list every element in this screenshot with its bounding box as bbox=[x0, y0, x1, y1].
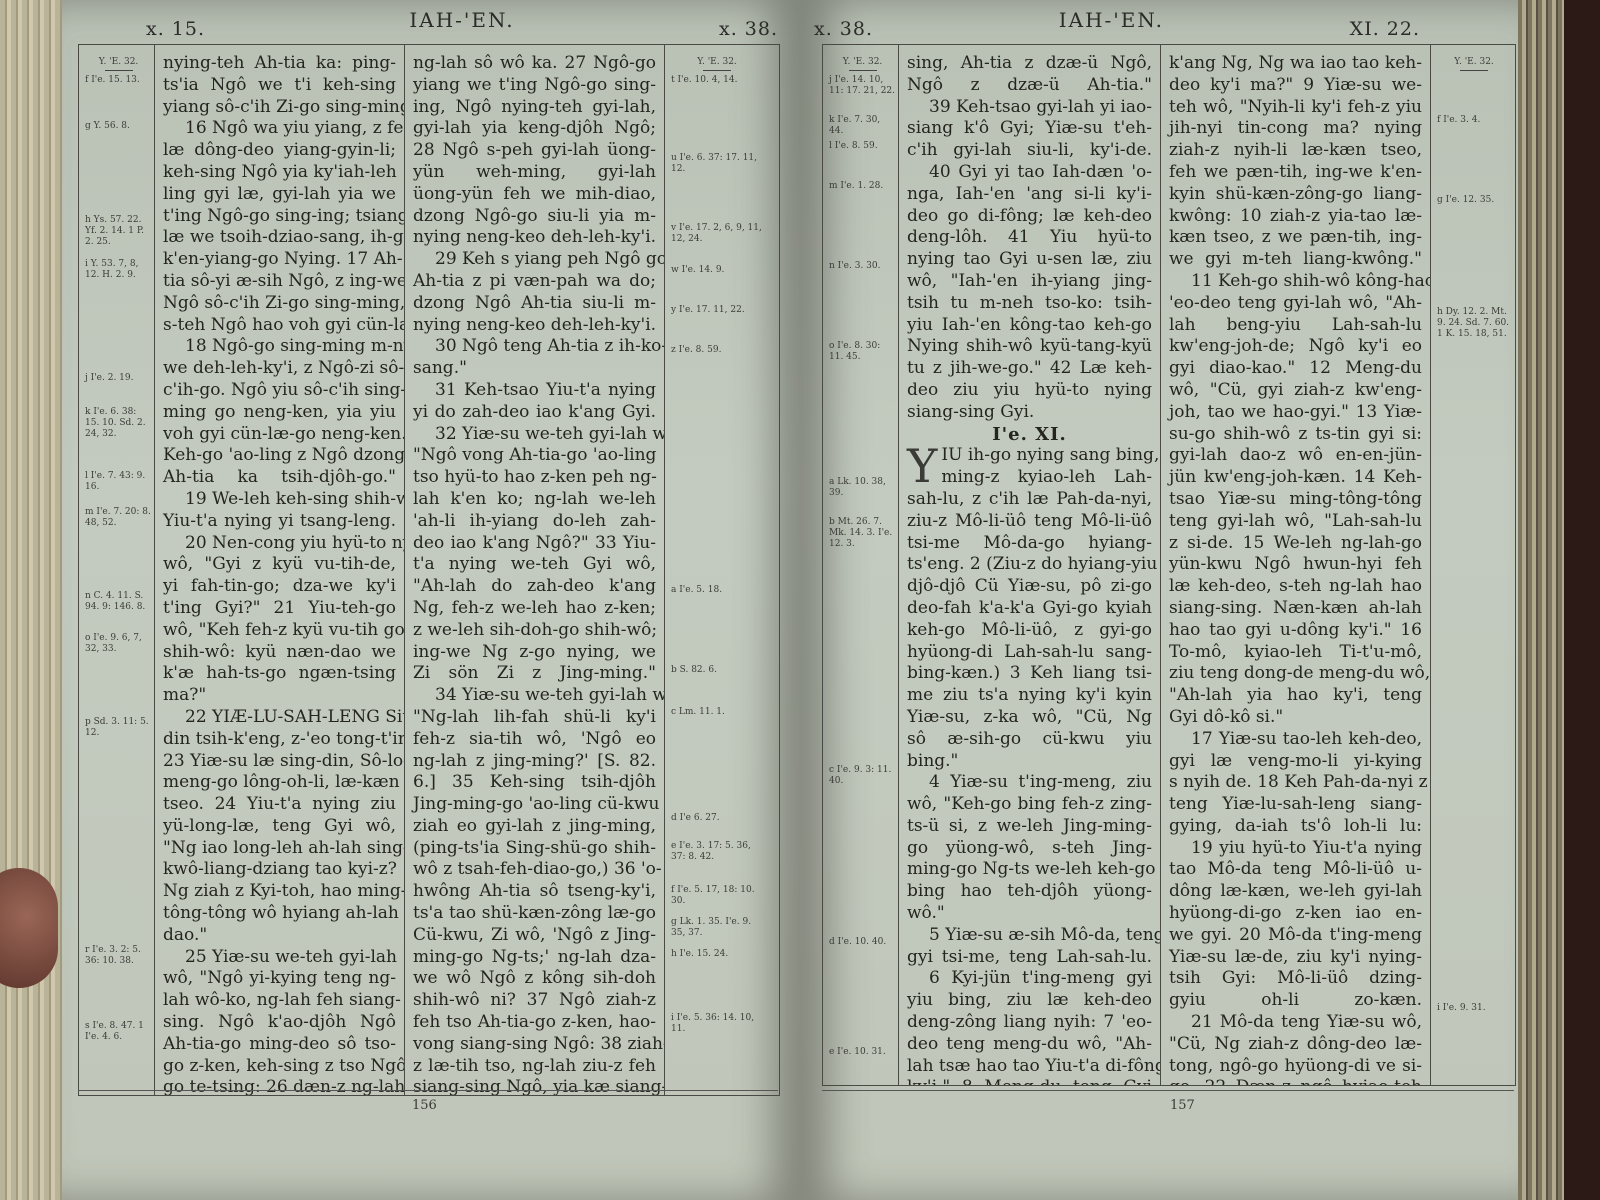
text-line: 6.] 35 Keh-sing tsih-djôh bbox=[413, 772, 656, 794]
text-line: sing. Ngô k'ao-djôh Ngô bbox=[163, 1012, 396, 1034]
text-line: Ng ziah z Kyi-toh, hao ming- bbox=[163, 881, 396, 903]
text-line: 40 Gyi yi tao Iah-dæn 'o- bbox=[907, 162, 1152, 184]
text-line: ziah eo gyi-lah z jing-ming, bbox=[413, 816, 656, 838]
text-line: lah wô-ko, ng-lah feh siang- bbox=[163, 990, 396, 1012]
text-line: siang-sing Gyi. bbox=[907, 402, 1152, 424]
cross-reference: Y. 'E. 32. bbox=[1437, 57, 1511, 71]
right-running-head: x. 38. IAH-'EN. XI. 22. bbox=[814, 6, 1420, 40]
text-line: ts'eng. 2 (Ziu-z do hyiang-yiu bbox=[907, 554, 1152, 576]
text-line: læ keh-deo, s-teh ng-lah hao bbox=[1169, 576, 1422, 598]
text-line: ky'i." 8 Meng-du teng Gyi bbox=[907, 1077, 1152, 1085]
right-bottom-rule bbox=[822, 1090, 1514, 1091]
text-line: dzong Ngô-go siu-li yia m- bbox=[413, 206, 656, 228]
text-line: Ah-tia-go ming-deo sô tso- bbox=[163, 1034, 396, 1056]
text-line: t'ing Gyi?" 21 Yiu-teh-go bbox=[163, 598, 396, 620]
text-line: ng-lah sô wô ka. 27 Ngô-go bbox=[413, 53, 656, 75]
text-line: k'æ hah-ts-go ngæn-tsing bbox=[163, 663, 396, 685]
cross-reference: h Dy. 12. 2. Mt. 9. 24. Sd. 7. 60. 1 K. … bbox=[1437, 307, 1511, 340]
text-line: din tsih-k'eng, z-'eo tong-t'in, bbox=[163, 729, 396, 751]
text-line: 28 Ngô s-peh gyi-lah üong- bbox=[413, 140, 656, 162]
text-line: yi fah-tin-go; dza-we ky'i bbox=[163, 576, 396, 598]
text-line: Ngô z dzæ-ü Ah-tia." bbox=[907, 75, 1152, 97]
cross-reference: l I'e. 7. 43: 9. 16. bbox=[85, 471, 152, 493]
text-line: gyiu oh-li zo-kæn. bbox=[1169, 990, 1422, 1012]
right-page-number: 157 bbox=[1170, 1098, 1195, 1113]
text-line: feh-z sia-tih wô, 'Ngô eo bbox=[413, 729, 656, 751]
text-line: ming-go Ng-ts;' ng-lah dza- bbox=[413, 947, 656, 969]
text-line: yü-long-læ, teng Gyi wô, bbox=[163, 816, 396, 838]
text-line: we gyi. 20 Mô-da t'ing-meng bbox=[1169, 925, 1422, 947]
cross-reference: Y. 'E. 32. bbox=[85, 57, 152, 71]
cross-reference: Y. 'E. 32. bbox=[671, 57, 763, 71]
text-line: 22 YIÆ-LU-SAH-LENG Siu- bbox=[163, 707, 396, 729]
text-line: 19 We-leh keh-sing shih-wô bbox=[163, 489, 396, 511]
cross-reference: e I'e. 10. 31. bbox=[829, 1047, 896, 1058]
text-line: bing hao teh-djôh yüong- bbox=[907, 881, 1152, 903]
text-line: k'ang Ng, Ng wa iao tao keh- bbox=[1169, 53, 1422, 75]
text-line: 23 Yiæ-su læ sing-din, Sô-lo- bbox=[163, 751, 396, 773]
drop-cap: Y bbox=[907, 445, 941, 487]
text-line: shih-wô: kyü næn-dao we bbox=[163, 642, 396, 664]
left-page-number: 156 bbox=[412, 1098, 437, 1113]
cross-reference: s I'e. 8. 47. 1 I'e. 4. 6. bbox=[85, 1021, 152, 1043]
text-line: wô, "Gyi z kyü vu-tih-de, bbox=[163, 554, 396, 576]
text-line: üong-yün feh we mih-diao, bbox=[413, 184, 656, 206]
text-line: me ziu ts'a nying ky'i kyin bbox=[907, 685, 1152, 707]
cross-reference: i I'e. 5. 36: 14. 10, 11. bbox=[671, 1013, 763, 1035]
text-line: "Ah-lah yia hao ky'i, teng bbox=[1169, 685, 1422, 707]
text-line: z we-leh sih-doh-go shih-wô; bbox=[413, 620, 656, 642]
cross-reference: o I'e. 8. 30: 11. 45. bbox=[829, 341, 896, 363]
cross-reference: v I'e. 17. 2, 6, 9, 11, 12, 24. bbox=[671, 223, 763, 245]
text-line: su-go shih-wô z ts-tin gyi si: bbox=[1169, 424, 1422, 446]
text-line: To-mô, kyiao-leh Ti-t'u-mô, bbox=[1169, 642, 1422, 664]
text-line: Yiu-t'a nying yi tsang-leng. bbox=[163, 511, 396, 533]
text-line: sô æ-sih-go cü-kwu yiu bbox=[907, 729, 1152, 751]
cross-reference: g Y. 56. 8. bbox=[85, 121, 152, 132]
text-line: 17 Yiæ-su tao-leh keh-deo, bbox=[1169, 729, 1422, 751]
text-line: kwông: 10 ziah-z yia-tao læ- bbox=[1169, 206, 1422, 228]
left-book-title: IAH-'EN. bbox=[409, 8, 514, 32]
text-line: joh, tao we hao-gyi." 13 Yiæ- bbox=[1169, 402, 1422, 424]
cross-reference: g I'e. 12. 35. bbox=[1437, 195, 1511, 206]
text-line: 29 Keh s yiang peh Ngô go bbox=[413, 249, 656, 271]
text-line: Cü-kwu, Zi wô, 'Ngô z Jing- bbox=[413, 925, 656, 947]
cross-reference: t I'e. 10. 4, 14. bbox=[671, 75, 763, 86]
text-line: Zi sön Zi z Jing-ming." bbox=[413, 663, 656, 685]
text-line: teng gyi-lah wô, "Lah-sah-lu bbox=[1169, 511, 1422, 533]
text-line: ing-we Ng z-go nying, we bbox=[413, 642, 656, 664]
text-line: tsih tu m-neh tso-ko: tsih- bbox=[907, 293, 1152, 315]
text-line: teh wô, "Nyih-li ky'i feh-z yiu bbox=[1169, 97, 1422, 119]
text-line: ling gyi læ, gyi-lah yia we bbox=[163, 184, 396, 206]
text-line: gyi tsi-me, teng Lah-sah-lu. bbox=[907, 947, 1152, 969]
cross-reference: n I'e. 3. 30. bbox=[829, 261, 896, 272]
cross-reference: b S. 82. 6. bbox=[671, 665, 763, 676]
text-line: 32 Yiæ-su we-teh gyi-lah wô, bbox=[413, 424, 656, 446]
text-line: hwông Ah-tia sô tseng-ky'i, bbox=[413, 881, 656, 903]
cross-reference: o I'e. 9. 6, 7, 32, 33. bbox=[85, 633, 152, 655]
cross-reference: Y. 'E. 32. bbox=[829, 57, 896, 71]
text-line: lah k'en ko; ng-lah we-leh bbox=[413, 489, 656, 511]
text-line: siang-sing. Næn-kæn ah-lah bbox=[1169, 598, 1422, 620]
text-line: deng-zông liang nyih: 7 'eo- bbox=[907, 1012, 1152, 1034]
text-line: djô-djô Cü Yiæ-su, pô zi-go bbox=[907, 576, 1152, 598]
text-line: 16 Ngô wa yiu yiang, z feh bbox=[163, 118, 396, 140]
text-line: 18 Ngô-go sing-ming m-nying bbox=[163, 336, 396, 358]
text-line: kw'eng-joh-de; Ngô ky'i eo bbox=[1169, 336, 1422, 358]
text-line: tsih Gyi: Mô-li-üô dzing- bbox=[1169, 968, 1422, 990]
cross-reference: u I'e. 6. 37: 17. 11, 12. bbox=[671, 153, 763, 175]
text-line: ng-lah z jing-ming?' [S. 82. bbox=[413, 751, 656, 773]
left-column-2: ng-lah sô wô ka. 27 Ngô-goyiang we t'ing… bbox=[405, 45, 665, 1095]
left-cross-references: Y. 'E. 32.f I'e. 15. 13.g Y. 56. 8.h Ys.… bbox=[79, 45, 155, 1095]
text-line: 'eo-deo teng gyi-lah wô, "Ah- bbox=[1169, 293, 1422, 315]
text-line: yiang sô-c'ih Zi-go sing-ming. bbox=[163, 97, 396, 119]
cross-reference: n C. 4. 11. S. 94. 9: 146. 8. bbox=[85, 591, 152, 613]
text-line: feh we pæn-tih, ing-we k'en- bbox=[1169, 162, 1422, 184]
text-line: tia sô-yi æ-sih Ngô, z ing-we bbox=[163, 271, 396, 293]
text-line: "Ah-lah do zah-deo k'ang bbox=[413, 576, 656, 598]
cross-reference: i Y. 53. 7, 8, 12. H. 2. 9. bbox=[85, 259, 152, 281]
right-book-title: IAH-'EN. bbox=[1059, 8, 1164, 32]
text-line: ziu-z Mô-li-üô teng Mô-li-üô bbox=[907, 511, 1152, 533]
cross-reference: c I'e. 9. 3: 11. 40. bbox=[829, 765, 896, 787]
text-line: bing." bbox=[907, 751, 1152, 773]
cross-reference: d I'e. 10. 40. bbox=[829, 937, 896, 948]
text-line: tsao Yiæ-su ming-tông-tông bbox=[1169, 489, 1422, 511]
text-line: nying tao Gyi u-sen læ, ziu bbox=[907, 249, 1152, 271]
text-line: we wô Ngô z kông sih-doh bbox=[413, 968, 656, 990]
cross-reference: e I'e. 3. 17: 5. 36, 37: 8. 42. bbox=[671, 841, 763, 863]
cross-reference: z I'e. 8. 59. bbox=[671, 345, 763, 356]
text-line: jih-nyi tin-cong ma? nying bbox=[1169, 118, 1422, 140]
text-line: (ping-ts'ia Sing-shü-go shih- bbox=[413, 838, 656, 860]
text-line: deo ziu yiu hyü-to nying bbox=[907, 380, 1152, 402]
text-line: go te-tsing: 26 dæn-z ng-lah bbox=[163, 1077, 396, 1095]
text-line: Yiæ-su, z-ka wô, "Cü, Ng bbox=[907, 707, 1152, 729]
text-line: Ah-tia z pi væn-pah wa do; bbox=[413, 271, 656, 293]
text-line: kwô-liang-dziang tao kyi-z? bbox=[163, 859, 396, 881]
text-line: Keh-go 'ao-ling z Ngô dzong bbox=[163, 445, 396, 467]
text-line: gyi-lah yia keng-djôh Ngô; bbox=[413, 118, 656, 140]
text-line: Ng, feh-z we-leh hao z-ken; bbox=[413, 598, 656, 620]
left-bottom-rule bbox=[78, 1090, 778, 1091]
left-text-frame: Y. 'E. 32.f I'e. 15. 13.g Y. 56. 8.h Ys.… bbox=[78, 44, 780, 1096]
left-outer-cross-references: Y. 'E. 32.t I'e. 10. 4, 14.u I'e. 6. 37:… bbox=[665, 45, 765, 1095]
cross-reference: a I'e. 5. 18. bbox=[671, 585, 763, 596]
text-line: voh gyi cün-læ-go neng-ken. bbox=[163, 424, 396, 446]
text-line: Gyi dô-kô si." bbox=[1169, 707, 1422, 729]
text-line: tong, ngô-go hyüong-di ve si- bbox=[1169, 1056, 1422, 1078]
chapter-heading: I'e. XI. bbox=[907, 424, 1152, 446]
left-running-head: x. 15. IAH-'EN. x. 38. bbox=[146, 6, 778, 40]
text-line: "Ngô vong Ah-tia-go 'ao-ling bbox=[413, 445, 656, 467]
right-page: x. 38. IAH-'EN. XI. 22. Y. 'E. 32.j I'e.… bbox=[800, 0, 1518, 1200]
text-line: tao Mô-da teng Mô-li-üô u- bbox=[1169, 859, 1422, 881]
left-column-1: nying-teh Ah-tia ka: ping-ts'ia Ngô we t… bbox=[155, 45, 405, 1095]
text-line: k'en-yiang-go Nying. 17 Ah- bbox=[163, 249, 396, 271]
text-line: tseo. 24 Yiu-t'a nying ziu bbox=[163, 794, 396, 816]
text-line: yün-kwu Ngô hwun-hyi feh bbox=[1169, 554, 1422, 576]
right-verse-end: XI. 22. bbox=[1350, 18, 1420, 40]
text-line: IU ih-go nying sang bing, bbox=[907, 445, 1152, 467]
text-line: ts-ü si, z we-leh Jing-ming- bbox=[907, 816, 1152, 838]
cross-reference: h Ys. 57. 22. Yf. 2. 14. 1 P. 2. 25. bbox=[85, 215, 152, 248]
text-line: deo ky'i ma?" 9 Yiæ-su we- bbox=[1169, 75, 1422, 97]
text-line: yiu Iah-'en kông-tao keh-go bbox=[907, 315, 1152, 337]
text-line: ziah-z nyih-li læ-kæn tseo, bbox=[1169, 140, 1422, 162]
cross-reference: y I'e. 17. 11, 22. bbox=[671, 305, 763, 316]
text-line: wô, "Keh feh-z kyü vu-tih go bbox=[163, 620, 396, 642]
text-line: wô, "Keh-go bing feh-z zing- bbox=[907, 794, 1152, 816]
text-line: dzong Ngô Ah-tia siu-li m- bbox=[413, 293, 656, 315]
cross-reference: i I'e. 9. 31. bbox=[1437, 1003, 1511, 1014]
text-line: s nyih de. 18 Keh Pah-da-nyi z bbox=[1169, 772, 1422, 794]
cross-reference: b Mt. 26. 7. Mk. 14. 3. I'e. 12. 3. bbox=[829, 517, 896, 550]
text-line: yün weh-ming, gyi-lah bbox=[413, 162, 656, 184]
text-line: gying, da-iah ts'ô loh-li lu: bbox=[1169, 816, 1422, 838]
text-line: "Cü, Ng ziah-z dông-deo læ- bbox=[1169, 1034, 1422, 1056]
text-line: Jing-ming-go 'ao-ling cü-kwu bbox=[413, 794, 656, 816]
text-line: z læ-tih tso, ng-lah ziu-z feh bbox=[413, 1056, 656, 1078]
text-line: hyüong-di Lah-sah-lu sang- bbox=[907, 642, 1152, 664]
left-page: x. 15. IAH-'EN. x. 38. Y. 'E. 32.f I'e. … bbox=[62, 0, 802, 1200]
right-column-2: k'ang Ng, Ng wa iao tao keh-deo ky'i ma?… bbox=[1161, 45, 1431, 1085]
text-line: hao tao gyi u-dông ky'i." 16 bbox=[1169, 620, 1422, 642]
text-line: 21 Mô-da teng Yiæ-su wô, bbox=[1169, 1012, 1422, 1034]
text-line: kæn tseo, z we pæn-tih, ing- bbox=[1169, 227, 1422, 249]
text-line: tso hyü-to hao z-ken peh ng- bbox=[413, 467, 656, 489]
text-line: c'ih-go. Ngô yiu sô-c'ih sing- bbox=[163, 380, 396, 402]
text-line: go yüong-wô, s-teh Jing- bbox=[907, 838, 1152, 860]
text-line: t'a nying we-teh Gyi wô, bbox=[413, 554, 656, 576]
text-line: ts'ia Ngô we t'i keh-sing bbox=[163, 75, 396, 97]
cross-reference: c Lm. 11. 1. bbox=[671, 707, 763, 718]
text-line: feh tso Ah-tia-go z-ken, hao- bbox=[413, 1012, 656, 1034]
book-cover-edge bbox=[1564, 0, 1600, 1200]
thumb-holding-page bbox=[0, 868, 58, 988]
text-line: 30 Ngô teng Ah-tia z ih-ko- bbox=[413, 336, 656, 358]
open-book: x. 15. IAH-'EN. x. 38. Y. 'E. 32.f I'e. … bbox=[0, 0, 1600, 1200]
text-line: "Ng iao long-leh ah-lah sing- bbox=[163, 838, 396, 860]
text-line: bing-kæn.) 3 Keh liang tsi- bbox=[907, 663, 1152, 685]
text-line: 'ah-li ih-yiang do-leh zah- bbox=[413, 511, 656, 533]
cross-reference: h I'e. 15. 24. bbox=[671, 949, 763, 960]
text-line: 25 Yiæ-su we-teh gyi-lah bbox=[163, 947, 396, 969]
cross-reference: j I'e. 14. 10, 11: 17. 21, 22. bbox=[829, 75, 896, 97]
text-line: sing, Ah-tia z dzæ-ü Ngô, bbox=[907, 53, 1152, 75]
text-line: ming-z kyiao-leh Lah- bbox=[907, 467, 1152, 489]
text-line: we deh-leh-ky'i, z Ngô-zi sô- bbox=[163, 358, 396, 380]
text-line: yiang we t'ing Ngô-go sing- bbox=[413, 75, 656, 97]
text-line: keh-sing Ngô yia ky'iah-leh bbox=[163, 162, 396, 184]
text-line: wô z tsah-feh-diao-go,) 36 'o- bbox=[413, 859, 656, 881]
cross-reference: m I'e. 7. 20: 8. 48, 52. bbox=[85, 507, 152, 529]
text-line: ma?" bbox=[163, 685, 396, 707]
cross-reference: w I'e. 14. 9. bbox=[671, 265, 763, 276]
text-line: lah beng-yiu Lah-sah-lu bbox=[1169, 315, 1422, 337]
text-line: hyüong-di-go z-ken iao en- bbox=[1169, 903, 1422, 925]
text-line: 4 Yiæ-su t'ing-meng, ziu bbox=[907, 772, 1152, 794]
cross-reference: f I'e. 3. 4. bbox=[1437, 115, 1511, 126]
text-line: tsi-me Mô-da-go hyiang- bbox=[907, 533, 1152, 555]
text-line: nying neng-keo deh-leh-ky'i. bbox=[413, 315, 656, 337]
text-line: gyi diao-kao." 12 Meng-du bbox=[1169, 358, 1422, 380]
text-line: "Ng-lah lih-fah shü-li ky'i bbox=[413, 707, 656, 729]
text-line: Ah-tia ka tsih-djôh-go." bbox=[163, 467, 396, 489]
text-line: ts'a tao shü-kæn-zông læ-go bbox=[413, 903, 656, 925]
text-line: nying-teh Ah-tia ka: ping- bbox=[163, 53, 396, 75]
text-line: kyin shü-kæn-zông-go liang- bbox=[1169, 184, 1422, 206]
text-line: siang-sing Ngô, yia kæ siang- bbox=[413, 1077, 656, 1095]
cross-reference: l I'e. 8. 59. bbox=[829, 141, 896, 152]
text-line: 11 Keh-go shih-wô kông-hao, bbox=[1169, 271, 1422, 293]
text-line: shih-wô ni? 37 Ngô ziah-z bbox=[413, 990, 656, 1012]
cross-reference: f I'e. 15. 13. bbox=[85, 75, 152, 86]
text-line: go z-ken, keh-sing z tso Ngô- bbox=[163, 1056, 396, 1078]
text-line: gyi læ veng-mo-li yi-kying bbox=[1169, 751, 1422, 773]
text-line: teng Yiæ-lu-sah-leng siang- bbox=[1169, 794, 1422, 816]
text-line: deo-fah k'a-k'a Gyi-go kyiah bbox=[907, 598, 1152, 620]
text-line: 34 Yiæ-su we-teh gyi-lah wô, bbox=[413, 685, 656, 707]
text-line: siang k'ô Gyi; Yiæ-su t'eh- bbox=[907, 118, 1152, 140]
text-line: deo iao k'ang Ngô?" 33 Yiu- bbox=[413, 533, 656, 555]
text-line: go. 22 Dæn-z ngô hyiao-teh bbox=[1169, 1077, 1422, 1085]
text-line: 6 Kyi-jün t'ing-meng gyi bbox=[907, 968, 1152, 990]
text-line: læ we tsoih-dziao-sang, ih-go bbox=[163, 227, 396, 249]
text-line: z si-de. 15 We-leh ng-lah-go bbox=[1169, 533, 1422, 555]
text-line: gyi-lah dao-z wô en-en-jün- bbox=[1169, 445, 1422, 467]
right-cross-references: Y. 'E. 32.j I'e. 14. 10, 11: 17. 21, 22.… bbox=[823, 45, 899, 1085]
left-verse-end: x. 38. bbox=[719, 18, 778, 40]
cross-reference: m I'e. 1. 28. bbox=[829, 181, 896, 192]
text-line: Yiæ-su læ-de, ziu ky'i nying- bbox=[1169, 947, 1422, 969]
text-line: tu z jih-we-go." 42 Læ keh- bbox=[907, 358, 1152, 380]
text-line: tông-tông wô hyiang ah-lah bbox=[163, 903, 396, 925]
cross-reference: p Sd. 3. 11: 5. 12. bbox=[85, 717, 152, 739]
left-verse-start: x. 15. bbox=[146, 18, 205, 40]
text-line: yi do zah-deo iao k'ang Gyi. bbox=[413, 402, 656, 424]
text-line: vong siang-sing Ngô: 38 ziah- bbox=[413, 1034, 656, 1056]
text-line: nying neng-keo deh-leh-ky'i. bbox=[413, 227, 656, 249]
text-line: ming-go Ng-ts we-leh keh-go bbox=[907, 859, 1152, 881]
cross-reference: a Lk. 10. 38, 39. bbox=[829, 477, 896, 499]
text-line: sah-lu, z c'ih læ Pah-da-nyi, bbox=[907, 489, 1152, 511]
text-line: deo teng meng-du wô, "Ah- bbox=[907, 1034, 1152, 1056]
text-line: læ dông-deo yiang-gyin-li; bbox=[163, 140, 396, 162]
text-line: sang." bbox=[413, 358, 656, 380]
text-line: nga, Iah-'en 'ang si-li ky'i- bbox=[907, 184, 1152, 206]
text-line: s-teh Ngô hao voh gyi cün-læ. bbox=[163, 315, 396, 337]
text-line: 20 Nen-cong yiu hyü-to nying bbox=[163, 533, 396, 555]
text-line: t'ing Ngô-go sing-ing; tsiang- bbox=[163, 206, 396, 228]
text-line: wô." bbox=[907, 903, 1152, 925]
text-line: 31 Keh-tsao Yiu-t'a nying bbox=[413, 380, 656, 402]
text-line: meng-go lông-oh-li, læ-kæn bbox=[163, 772, 396, 794]
text-line: 5 Yiæ-su æ-sih Mô-da, teng bbox=[907, 925, 1152, 947]
text-line: yiu bing, ziu læ keh-deo bbox=[907, 990, 1152, 1012]
right-column-1: sing, Ah-tia z dzæ-ü Ngô,Ngô z dzæ-ü Ah-… bbox=[899, 45, 1161, 1085]
text-line: ziu teng dong-de meng-du wô, bbox=[1169, 663, 1422, 685]
text-line: wô, "Cü, gyi ziah-z kw'eng- bbox=[1169, 380, 1422, 402]
text-line: lah tsæ hao tao Yiu-t'a di-fông bbox=[907, 1056, 1152, 1078]
text-line: dao." bbox=[163, 925, 396, 947]
text-line: we gyi m-teh liang-kwông." bbox=[1169, 249, 1422, 271]
text-line: Ngô sô-c'ih Zi-go sing-ming, bbox=[163, 293, 396, 315]
text-line: keh-go Mô-li-üô, z gyi-go bbox=[907, 620, 1152, 642]
text-line: ing, Ngô nying-teh gyi-lah, bbox=[413, 97, 656, 119]
text-line: 39 Keh-tsao gyi-lah yi iao- bbox=[907, 97, 1152, 119]
text-line: wô, "Ngô yi-kying teng ng- bbox=[163, 968, 396, 990]
text-line: c'ih gyi-lah siu-li, ky'i-de. bbox=[907, 140, 1152, 162]
text-line: deng-lôh. 41 Yiu hyü-to bbox=[907, 227, 1152, 249]
text-line: deo go di-fông; læ keh-deo bbox=[907, 206, 1152, 228]
cross-reference: r I'e. 3. 2: 5. 36: 10. 38. bbox=[85, 945, 152, 967]
cross-reference: g Lk. 1. 35. I'e. 9. 35, 37. bbox=[671, 917, 763, 939]
text-line: jün kw'eng-joh-kæn. 14 Keh- bbox=[1169, 467, 1422, 489]
text-line: ming go neng-ken, yia yiu bbox=[163, 402, 396, 424]
cross-reference: d I'e 6. 27. bbox=[671, 813, 763, 824]
cross-reference: k I'e. 7. 30, 44. bbox=[829, 115, 896, 137]
cross-reference: k I'e. 6. 38: 15. 10. Sd. 2. 24, 32. bbox=[85, 407, 152, 440]
right-outer-cross-references: Y. 'E. 32.f I'e. 3. 4.g I'e. 12. 35.h Dy… bbox=[1431, 45, 1513, 1085]
text-line: 19 yiu hyü-to Yiu-t'a nying bbox=[1169, 838, 1422, 860]
text-line: Nying shih-wô kyü-tang-kyü bbox=[907, 336, 1152, 358]
right-text-frame: Y. 'E. 32.j I'e. 14. 10, 11: 17. 21, 22.… bbox=[822, 44, 1516, 1086]
text-line: wô, "Iah-'en ih-yiang jing- bbox=[907, 271, 1152, 293]
cross-reference: j I'e. 2. 19. bbox=[85, 373, 152, 384]
cross-reference: f I'e. 5. 17, 18: 10. 30. bbox=[671, 885, 763, 907]
right-verse-start: x. 38. bbox=[814, 18, 873, 40]
text-line: dông læ-kæn, we-leh gyi-lah bbox=[1169, 881, 1422, 903]
